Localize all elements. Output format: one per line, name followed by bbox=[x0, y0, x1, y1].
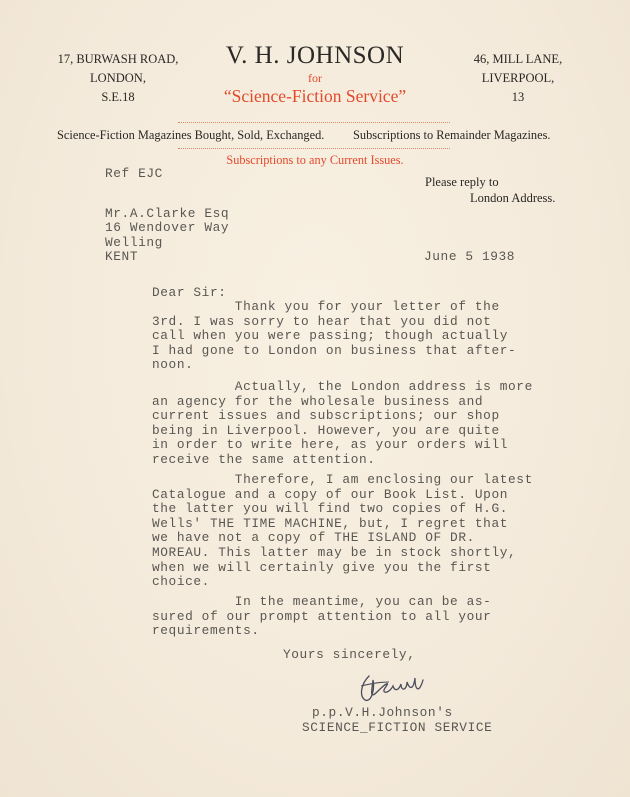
service-name: “Science-Fiction Service” bbox=[180, 86, 450, 107]
letter-page: 17, BURWASH ROAD, LONDON, S.E.18 46, MIL… bbox=[0, 0, 630, 797]
liverpool-address: 46, MILL LANE, LIVERPOOL, 13 bbox=[448, 50, 588, 107]
salutation: Dear Sir: bbox=[152, 285, 227, 300]
address-line: LONDON, bbox=[48, 69, 188, 88]
signoff-line: SCIENCE_FICTION SERVICE bbox=[302, 720, 492, 735]
divider bbox=[178, 148, 450, 149]
recipient-line: Welling bbox=[105, 236, 229, 250]
tagline-subscriptions: Subscriptions to Remainder Magazines. bbox=[353, 128, 551, 143]
address-line: 13 bbox=[448, 88, 588, 107]
for-label: for bbox=[190, 71, 440, 86]
signoff: p.p.V.H.Johnson's SCIENCE_FICTION SERVIC… bbox=[302, 705, 492, 735]
signature-icon bbox=[355, 670, 435, 706]
recipient-line: KENT bbox=[105, 250, 229, 264]
letter-date: June 5 1938 bbox=[424, 249, 515, 264]
paragraph: Actually, the London address is more an … bbox=[152, 380, 533, 468]
address-line: S.E.18 bbox=[48, 88, 188, 107]
recipient-address: Mr.A.Clarke Esq 16 Wendover Way Welling … bbox=[105, 207, 229, 265]
london-address: 17, BURWASH ROAD, LONDON, S.E.18 bbox=[48, 50, 188, 107]
reference: Ref EJC bbox=[105, 166, 163, 181]
address-line: LIVERPOOL, bbox=[448, 69, 588, 88]
address-line: 46, MILL LANE, bbox=[448, 50, 588, 69]
recipient-line: Mr.A.Clarke Esq bbox=[105, 207, 229, 221]
signoff-line: p.p.V.H.Johnson's bbox=[302, 705, 492, 720]
address-line: 17, BURWASH ROAD, bbox=[48, 50, 188, 69]
tagline-current-issues: Subscriptions to any Current Issues. bbox=[180, 153, 450, 168]
closing: Yours sincerely, bbox=[283, 647, 415, 662]
tagline-bought-sold: Science-Fiction Magazines Bought, Sold, … bbox=[57, 128, 324, 143]
divider bbox=[178, 122, 450, 123]
paragraph: In the meantime, you can be as- sured of… bbox=[152, 595, 491, 639]
reply-line: Please reply to bbox=[425, 174, 555, 190]
paragraph: Therefore, I am enclosing our latest Cat… bbox=[152, 473, 533, 590]
reply-note: Please reply to London Address. bbox=[425, 174, 555, 206]
paragraph: Thank you for your letter of the 3rd. I … bbox=[152, 300, 516, 373]
company-name: V. H. JOHNSON bbox=[190, 42, 440, 70]
recipient-line: 16 Wendover Way bbox=[105, 221, 229, 235]
reply-line: London Address. bbox=[425, 190, 555, 206]
